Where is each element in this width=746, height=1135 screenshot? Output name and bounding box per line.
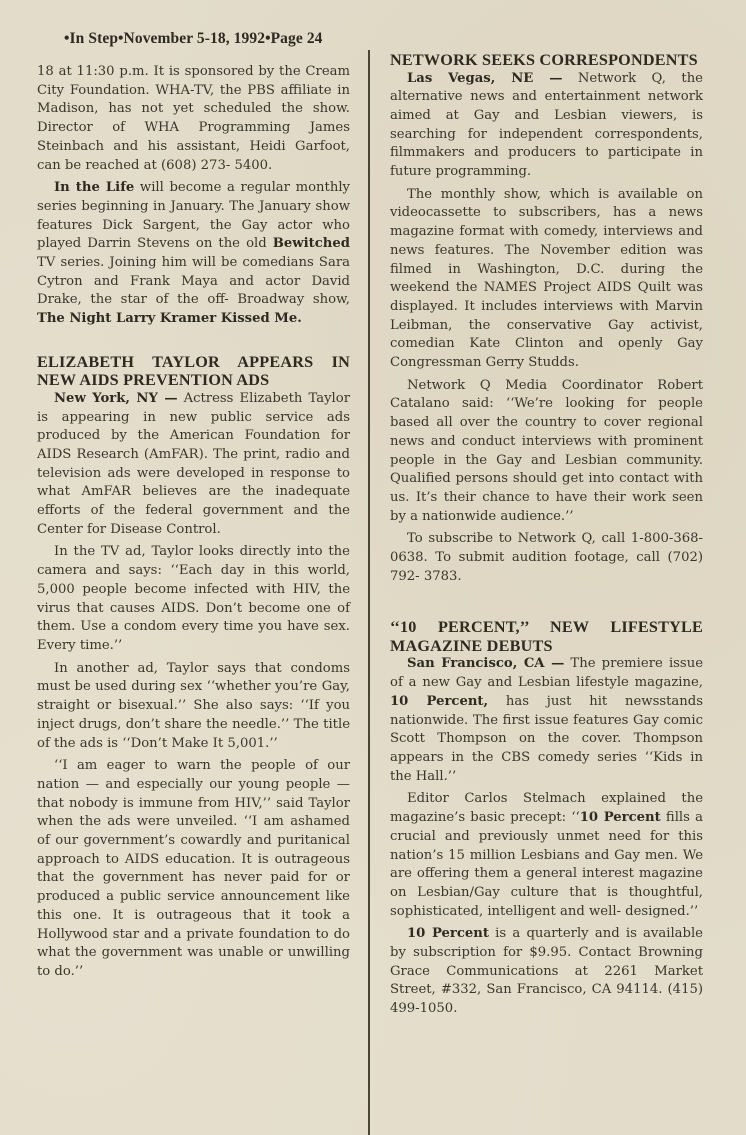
magazine-title: 10 Percent,	[390, 694, 488, 709]
in-the-life-paragraph: In the Life will become a regular monthl…	[37, 179, 350, 329]
continued-paragraph: 18 at 11:30 p.m. It is sponsored by the …	[37, 63, 350, 175]
paragraph-text: Network Q, the alternative news and ente…	[390, 71, 703, 180]
play-title: The Night Larry Kramer Kissed Me.	[37, 311, 302, 326]
magazine-title: 10 Percent	[580, 810, 661, 825]
article-paragraph: To subscribe to Network Q, call 1-800-36…	[390, 530, 703, 586]
article-headline: ‘‘10 PERCENT,’’ NEW LIFESTYLE MAGAZINE D…	[390, 618, 703, 655]
article-paragraph: 10 Percent is a quarterly and is availab…	[390, 925, 703, 1019]
paragraph-text: Actress Elizabeth Taylor is appearing in…	[37, 391, 350, 537]
article-headline: ELIZABETH TAYLOR APPEARS IN NEW AIDS PRE…	[37, 353, 350, 390]
dateline: San Francisco, CA —	[407, 656, 564, 671]
dateline: Las Vegas, NE —	[407, 71, 562, 86]
article-paragraph: In the TV ad, Taylor looks directly into…	[37, 543, 350, 655]
article-paragraph: Network Q Media Coordinator Robert Catal…	[390, 377, 703, 527]
paragraph-text: TV series. Joining him will be comedians…	[37, 255, 350, 307]
dateline: New York, NY —	[54, 391, 178, 406]
left-column: 18 at 11:30 p.m. It is sponsored by the …	[37, 63, 350, 986]
show-title: In the Life	[54, 180, 134, 195]
article-paragraph: In another ad, Taylor says that condoms …	[37, 660, 350, 754]
paragraph-text: fills a crucial and previously unmet nee…	[390, 810, 703, 919]
article-paragraph: Las Vegas, NE — Network Q, the alternati…	[390, 70, 703, 182]
article-paragraph: The monthly show, which is available on …	[390, 186, 703, 373]
magazine-title: 10 Percent	[407, 926, 489, 941]
page-header: •In Step•November 5-18, 1992•Page 24	[64, 30, 323, 48]
article-paragraph: New York, NY — Actress Elizabeth Taylor …	[37, 390, 350, 540]
article-paragraph: ‘‘I am eager to warn the people of our n…	[37, 757, 350, 981]
column-divider	[368, 50, 370, 1135]
article-headline: NETWORK SEEKS CORRESPONDENTS	[390, 51, 703, 70]
series-title: Bewitched	[273, 236, 350, 251]
article-paragraph: Editor Carlos Stelmach explained the mag…	[390, 790, 703, 921]
right-column: NETWORK SEEKS CORRESPONDENTS Las Vegas, …	[390, 51, 703, 1023]
article-paragraph: San Francisco, CA — The premiere issue o…	[390, 655, 703, 786]
